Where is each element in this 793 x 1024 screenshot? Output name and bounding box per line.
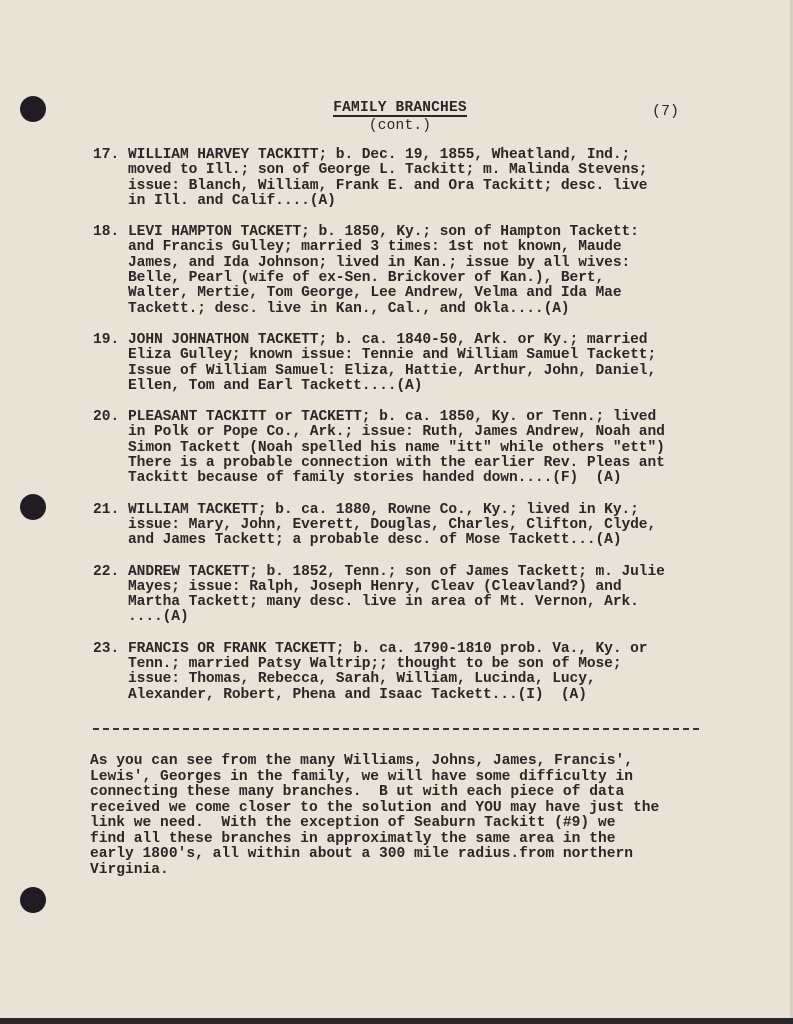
entry-number: 21. bbox=[93, 503, 128, 549]
entry-line: ....(A) bbox=[128, 610, 713, 625]
entry-line: and James Tackett; a probable desc. of M… bbox=[128, 533, 713, 548]
closing-line: Lewis', Georges in the family, we will h… bbox=[90, 770, 710, 786]
punch-hole-icon bbox=[20, 494, 46, 520]
family-branch-list: 17.WILLIAM HARVEY TACKITT; b. Dec. 19, 1… bbox=[93, 148, 713, 719]
heading-subtitle: (cont.) bbox=[300, 118, 500, 134]
closing-line: As you can see from the many Williams, J… bbox=[90, 754, 710, 770]
entry-text: LEVI HAMPTON TACKETT; b. 1850, Ky.; son … bbox=[128, 225, 713, 317]
entry-line: PLEASANT TACKITT or TACKETT; b. ca. 1850… bbox=[128, 410, 713, 425]
punch-hole-icon bbox=[20, 887, 46, 913]
closing-paragraph: As you can see from the many Williams, J… bbox=[90, 754, 710, 878]
punch-hole-icon bbox=[20, 96, 46, 122]
closing-line: early 1800's, all within about a 300 mil… bbox=[90, 847, 710, 863]
entry-line: FRANCIS OR FRANK TACKETT; b. ca. 1790-18… bbox=[128, 642, 713, 657]
entry-line: Issue of William Samuel: Eliza, Hattie, … bbox=[128, 364, 713, 379]
entry-line: Ellen, Tom and Earl Tackett....(A) bbox=[128, 379, 713, 394]
entry-line: There is a probable connection with the … bbox=[128, 456, 713, 471]
entry-line: issue: Thomas, Rebecca, Sarah, William, … bbox=[128, 672, 713, 687]
page-heading: FAMILY BRANCHES (cont.) bbox=[300, 100, 500, 134]
closing-line: received we come closer to the solution … bbox=[90, 801, 710, 817]
heading-title: FAMILY BRANCHES bbox=[333, 101, 467, 117]
list-item: 20.PLEASANT TACKITT or TACKETT; b. ca. 1… bbox=[93, 410, 713, 486]
list-item: 18.LEVI HAMPTON TACKETT; b. 1850, Ky.; s… bbox=[93, 225, 713, 317]
list-item: 17.WILLIAM HARVEY TACKITT; b. Dec. 19, 1… bbox=[93, 148, 713, 209]
list-item: 23.FRANCIS OR FRANK TACKETT; b. ca. 1790… bbox=[93, 642, 713, 703]
entry-number: 20. bbox=[93, 410, 128, 486]
entry-line: Walter, Mertie, Tom George, Lee Andrew, … bbox=[128, 286, 713, 301]
entry-line: issue: Mary, John, Everett, Douglas, Cha… bbox=[128, 518, 713, 533]
entry-line: James, and Ida Johnson; lived in Kan.; i… bbox=[128, 256, 713, 271]
entry-line: Simon Tackett (Noah spelled his name "it… bbox=[128, 441, 713, 456]
entry-text: ANDREW TACKETT; b. 1852, Tenn.; son of J… bbox=[128, 565, 713, 626]
list-item: 19.JOHN JOHNATHON TACKETT; b. ca. 1840-5… bbox=[93, 333, 713, 394]
entry-line: Tackett.; desc. live in Kan., Cal., and … bbox=[128, 302, 713, 317]
entry-line: JOHN JOHNATHON TACKETT; b. ca. 1840-50, … bbox=[128, 333, 713, 348]
closing-line: link we need. With the exception of Seab… bbox=[90, 816, 710, 832]
entry-line: issue: Blanch, William, Frank E. and Ora… bbox=[128, 179, 713, 194]
entry-line: Eliza Gulley; known issue: Tennie and Wi… bbox=[128, 348, 713, 363]
entry-number: 17. bbox=[93, 148, 128, 209]
closing-line: Virginia. bbox=[90, 863, 710, 879]
entry-line: Alexander, Robert, Phena and Isaac Tacke… bbox=[128, 688, 713, 703]
entry-line: Belle, Pearl (wife of ex-Sen. Brickover … bbox=[128, 271, 713, 286]
entry-text: JOHN JOHNATHON TACKETT; b. ca. 1840-50, … bbox=[128, 333, 713, 394]
entry-text: FRANCIS OR FRANK TACKETT; b. ca. 1790-18… bbox=[128, 642, 713, 703]
entry-line: moved to Ill.; son of George L. Tackitt;… bbox=[128, 163, 713, 178]
entry-line: WILLIAM TACKETT; b. ca. 1880, Rowne Co.,… bbox=[128, 503, 713, 518]
entry-line: WILLIAM HARVEY TACKITT; b. Dec. 19, 1855… bbox=[128, 148, 713, 163]
entry-line: LEVI HAMPTON TACKETT; b. 1850, Ky.; son … bbox=[128, 225, 713, 240]
entry-line: Martha Tackett; many desc. live in area … bbox=[128, 595, 713, 610]
page-number: (7) bbox=[652, 103, 679, 120]
entry-line: in Polk or Pope Co., Ark.; issue: Ruth, … bbox=[128, 425, 713, 440]
entry-text: PLEASANT TACKITT or TACKETT; b. ca. 1850… bbox=[128, 410, 713, 486]
dashed-divider bbox=[93, 728, 699, 730]
entry-line: and Francis Gulley; married 3 times: 1st… bbox=[128, 240, 713, 255]
list-item: 21.WILLIAM TACKETT; b. ca. 1880, Rowne C… bbox=[93, 503, 713, 549]
entry-number: 19. bbox=[93, 333, 128, 394]
closing-line: connecting these many branches. B ut wit… bbox=[90, 785, 710, 801]
entry-number: 22. bbox=[93, 565, 128, 626]
entry-text: WILLIAM HARVEY TACKITT; b. Dec. 19, 1855… bbox=[128, 148, 713, 209]
page-edge-bottom bbox=[0, 1018, 793, 1024]
entry-text: WILLIAM TACKETT; b. ca. 1880, Rowne Co.,… bbox=[128, 503, 713, 549]
entry-line: Tackitt because of family stories handed… bbox=[128, 471, 713, 486]
entry-number: 18. bbox=[93, 225, 128, 317]
entry-line: in Ill. and Calif....(A) bbox=[128, 194, 713, 209]
entry-line: Tenn.; married Patsy Waltrip;; thought t… bbox=[128, 657, 713, 672]
entry-line: ANDREW TACKETT; b. 1852, Tenn.; son of J… bbox=[128, 565, 713, 580]
entry-line: Mayes; issue: Ralph, Joseph Henry, Cleav… bbox=[128, 580, 713, 595]
list-item: 22.ANDREW TACKETT; b. 1852, Tenn.; son o… bbox=[93, 565, 713, 626]
entry-number: 23. bbox=[93, 642, 128, 703]
closing-line: find all these branches in approximatly … bbox=[90, 832, 710, 848]
